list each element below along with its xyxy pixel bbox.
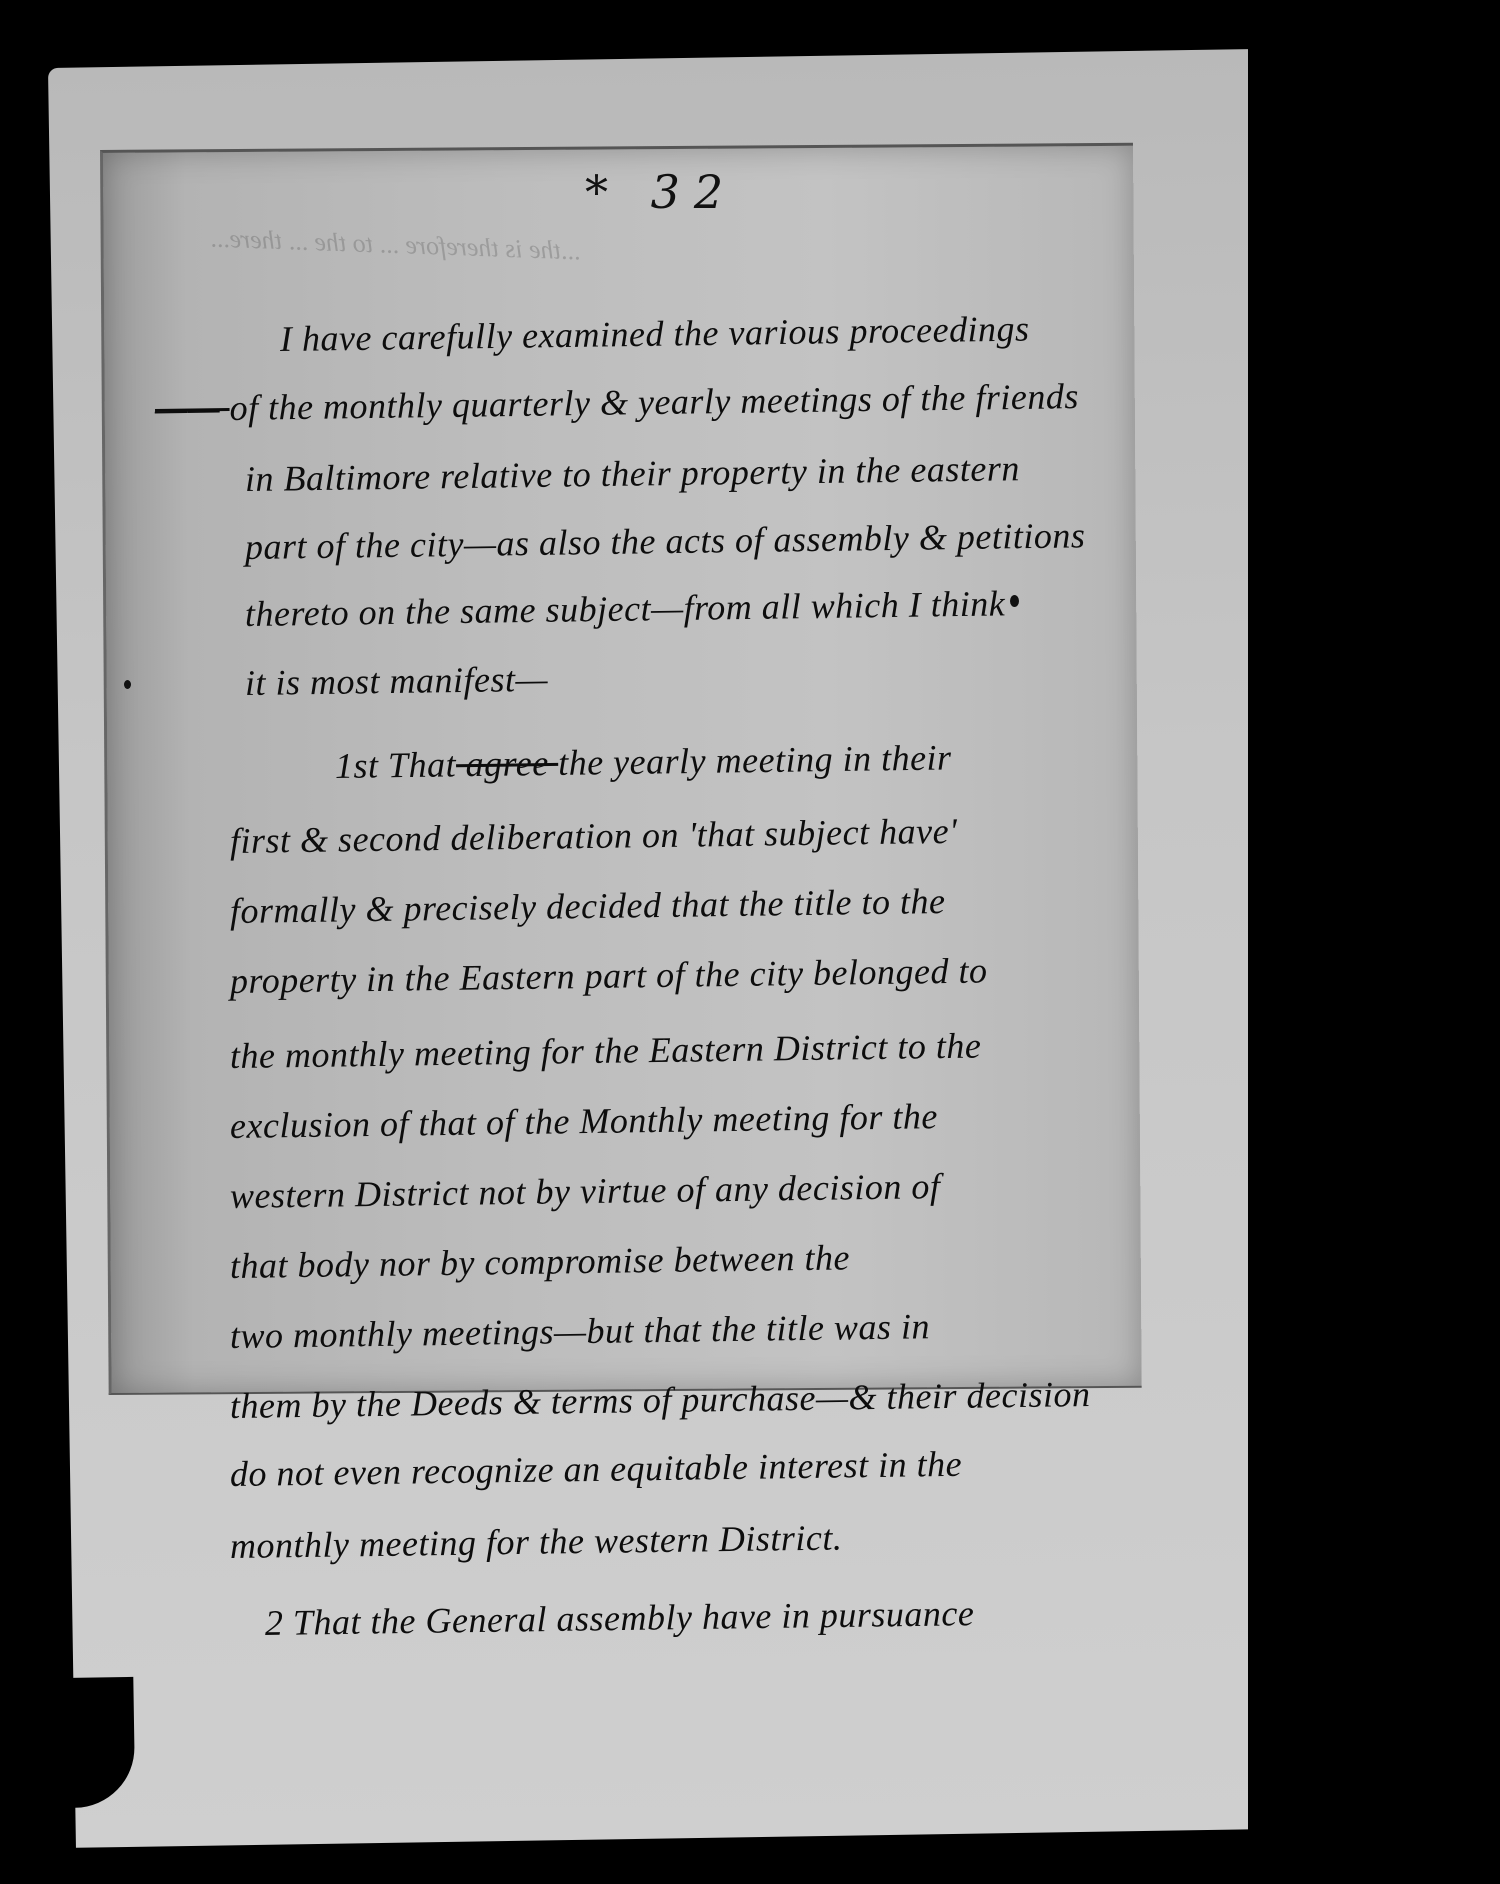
line-text: exclusion of that of the Monthly meeting… xyxy=(230,1096,938,1146)
manuscript-line: it is most manifest— xyxy=(245,658,549,704)
line-text: formally & precisely decided that the ti… xyxy=(230,881,946,931)
folio-number: * 32 xyxy=(585,165,737,219)
line-text: monthly meeting for the western District… xyxy=(230,1517,843,1566)
struck-out-word: —— xyxy=(155,388,230,429)
torn-corner xyxy=(63,1677,135,1808)
ink-blot xyxy=(1010,595,1019,607)
line-text: 1st That xyxy=(335,744,457,786)
manuscript-line: that body nor by compromise between the xyxy=(230,1236,851,1287)
line-text: 2 That the General assembly have in purs… xyxy=(265,1593,975,1643)
manuscript-line: monthly meeting for the western District… xyxy=(230,1516,843,1567)
line-text-continued: the yearly meeting in their xyxy=(558,737,952,782)
margin-dot xyxy=(124,680,131,689)
line-text: that body nor by compromise between the xyxy=(230,1237,851,1286)
line-text: it is most manifest— xyxy=(245,659,549,703)
line-text: two monthly meetings—but that the title … xyxy=(230,1306,930,1356)
manuscript-line: 1st That agree the yearly meeting in the… xyxy=(335,736,952,787)
struck-out-word: agree xyxy=(456,743,559,784)
line-text: western District not by virtue of any de… xyxy=(230,1166,941,1216)
